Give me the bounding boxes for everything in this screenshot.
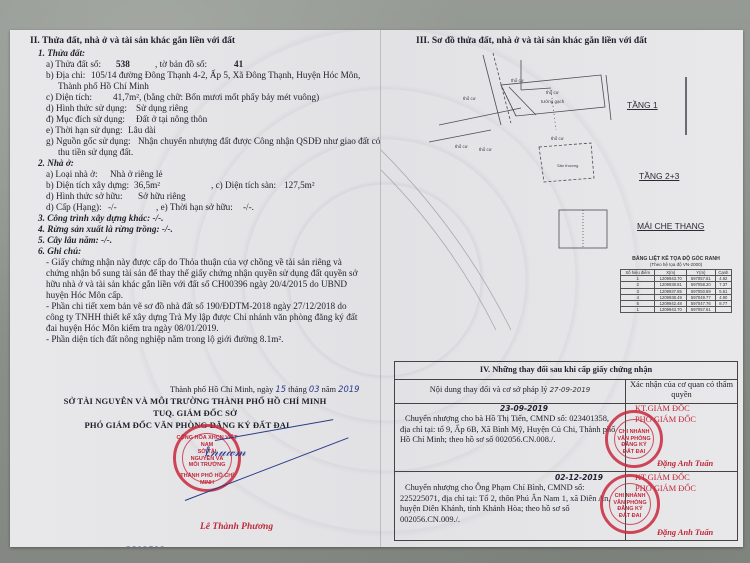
- signer-name: Lê Thành Phương: [200, 522, 273, 534]
- usage-form-label: d) Hình thức sử dụng:: [46, 103, 127, 115]
- floor-label-roof: MÁI CHE THANG: [637, 221, 704, 231]
- own-term: -/-.: [243, 202, 254, 214]
- floor-label-2: TẦNG 2+3: [639, 171, 679, 181]
- build-area-label: b) Diện tích xây dựng:: [46, 180, 129, 192]
- authority-line2: TUQ. GIÁM ĐỐC SỞ: [10, 408, 380, 420]
- note-line: - Phần chi tiết xem bản vẽ sơ đồ nhà đất…: [46, 301, 347, 313]
- own-term-label: , e) Thời hạn sở hữu:: [156, 202, 233, 214]
- sign-month: 03: [309, 384, 320, 394]
- section-ii-title: II. Thửa đất, nhà ở và tài sản khác gắn …: [30, 36, 235, 48]
- sign-place-date: Thành phố Hồ Chí Minh, ngày 15 tháng 03 …: [170, 384, 359, 396]
- grade: -/-: [108, 202, 117, 214]
- usage-form: Sử dụng riêng: [136, 103, 188, 115]
- address-label: b) Địa chỉ:: [46, 70, 85, 82]
- map-number: 41: [234, 59, 243, 71]
- coord-cell: [715, 307, 731, 313]
- forest: 4. Rừng sản xuất là rừng trồng: -/-.: [38, 224, 173, 236]
- sign-day: 15: [275, 384, 286, 394]
- area-label: c) Diện tích:: [46, 92, 92, 104]
- purpose-label: đ) Mục đích sử dụng:: [46, 114, 125, 126]
- area-value: 41,7m², (bằng chữ: Bốn mươi mốt phẩy bảy…: [113, 92, 319, 104]
- floor-area: 127,5m²: [284, 180, 315, 192]
- branch-stamp-2-text: CHI NHÁNH VĂN PHÒNG ĐĂNG KÝ ĐẤT ĐAI: [603, 493, 657, 519]
- svg-text:thổ cư: thổ cư: [463, 95, 476, 101]
- branch-stamp-1-text: CHI NHÁNH VĂN PHÒNG ĐĂNG KÝ ĐẤT ĐAI: [608, 429, 660, 455]
- changes-header-row: Nội dung thay đổi và cơ sở pháp lý 27-09…: [395, 379, 737, 404]
- svg-text:thổ cư: thổ cư: [479, 146, 492, 152]
- floor-label-1: TẦNG 1: [627, 100, 658, 110]
- coord-cell: 597057.61: [687, 276, 716, 282]
- coord-cell: 1209942.48: [655, 301, 687, 307]
- branch-stamp-1: CHI NHÁNH VĂN PHÒNG ĐĂNG KÝ ĐẤT ĐAI: [605, 410, 663, 468]
- registry-number: CS02523: [124, 546, 165, 547]
- note-line: - Phần diện tích đất nông nghiệp nằm tro…: [46, 334, 283, 346]
- entry-signer: Đặng Anh Tuấn: [657, 459, 713, 469]
- changes-title-row: IV. Những thay đổi sau khi cấp giấy chứn…: [395, 362, 737, 380]
- place-date-prefix: Thành phố Hồ Chí Minh, ngày: [170, 385, 273, 394]
- entry-text-line: huyện Diên Khánh, tỉnh Khánh Hòa; theo h…: [400, 504, 570, 514]
- floor-area-label: , c) Diện tích sàn:: [211, 180, 276, 192]
- left-page: II. Thửa đất, nhà ở và tài sản khác gắn …: [10, 30, 380, 547]
- col-confirm-header: Xác nhận của cơ quan có thẩm quyền: [626, 380, 737, 401]
- coord-cell: 597049.77: [687, 294, 716, 300]
- svg-text:thổ cư: thổ cư: [455, 143, 468, 149]
- signature-scribble: ℓ𝓃𝓊𝓌𝓂: [205, 447, 246, 459]
- land-heading: 1. Thửa đất:: [38, 48, 85, 60]
- entry-date-stamp: 23-09-2019: [500, 404, 548, 414]
- note-line: huyện Hóc Môn cấp.: [46, 290, 123, 302]
- notes-heading: 6. Ghi chú:: [38, 246, 81, 258]
- house-type-label: a) Loại nhà ở:: [46, 169, 98, 181]
- coord-cell: 1209943.70: [655, 307, 687, 313]
- other-works: 3. Công trình xây dựng khác: -/-.: [38, 213, 163, 225]
- origin-line2: thu tiền sử dụng đất.: [58, 147, 133, 159]
- entry-text-line: Hồ Chí Minh; theo hồ sơ số 002056.CN.008…: [400, 435, 555, 445]
- ownership: Sở hữu riêng: [138, 191, 186, 203]
- changes-table: IV. Những thay đổi sau khi cấp giấy chứn…: [394, 361, 738, 541]
- coord-cell: 1209938.81: [655, 282, 687, 288]
- coord-cell: 1209943.70: [655, 276, 687, 282]
- year-label: năm: [322, 385, 336, 394]
- entry-text-line: địa chỉ tại: tổ 9, Ấp 6B, Xã Bình Mỹ, Hu…: [400, 425, 615, 435]
- entry-divider: [395, 471, 737, 472]
- coord-cell: 1209938.49: [655, 294, 687, 300]
- entry-text-line: Chuyển nhượng cho Ông Phạm Chí Bình, CMN…: [405, 483, 585, 493]
- origin-line1: Nhận chuyển nhượng đất được Công nhận QS…: [138, 136, 380, 148]
- coord-cell: 597050.89: [687, 288, 716, 294]
- address-line2: Thành phố Hồ Chí Minh: [58, 81, 149, 93]
- col-content-header: Nội dung thay đổi và cơ sở pháp lý 27-09…: [395, 385, 625, 395]
- svg-text:Sân thượng: Sân thượng: [557, 163, 578, 168]
- header-date-stamp: 27-09-2019: [550, 386, 591, 394]
- right-page: III. Sơ đồ thửa đất, nhà ở và tài sản kh…: [381, 30, 743, 547]
- svg-text:thổ cư: thổ cư: [551, 135, 564, 141]
- note-line: đai huyện Hóc Môn kiểm tra ngày 08/01/20…: [46, 323, 219, 335]
- authority-line1: SỞ TÀI NGUYÊN VÀ MÔI TRƯỜNG THÀNH PHỐ HỒ…: [10, 396, 380, 408]
- entry-date-stamp: 02-12-2019: [555, 473, 603, 483]
- term-label: e) Thời hạn sử dụng:: [46, 125, 123, 137]
- entry-text-line: 225225071, địa chỉ tại: Tổ 2, thôn Phú Â…: [400, 494, 610, 504]
- entry-text-line: 002056.CN.009./.: [400, 515, 460, 525]
- map-label: , tờ bản đồ số:: [155, 59, 207, 71]
- note-line: hữu nhà ở và tài sản khác gắn liền với đ…: [46, 279, 347, 291]
- coord-cell: 1209937.85: [655, 288, 687, 294]
- coord-grid: Số hiệu điểmX(m)Y(m)Cạnh 11209943.705970…: [620, 269, 732, 313]
- note-line: - Giấy chứng nhận này được cấp do Thỏa t…: [46, 257, 342, 269]
- svg-text:thổ cư: thổ cư: [511, 77, 524, 83]
- coord-cell: 1: [621, 307, 655, 313]
- coord-cell: 597057.61: [687, 307, 716, 313]
- entry-text-line: Chuyển nhượng cho bà Hồ Thị Tiến, CMND s…: [405, 414, 609, 424]
- month-label: tháng: [288, 385, 307, 394]
- coord-header-cell: Số hiệu điểm: [621, 270, 655, 276]
- origin-label: g) Nguồn gốc sử dụng:: [46, 136, 131, 148]
- note-line: chứng nhận bổ sung tài sản để thay thế g…: [46, 268, 357, 280]
- term: Lâu dài: [128, 125, 156, 137]
- svg-text:tường gạch: tường gạch: [541, 99, 565, 104]
- land-certificate-sheet: II. Thửa đất, nhà ở và tài sản khác gắn …: [10, 30, 743, 547]
- perennial: 5. Cây lâu năm: -/-.: [38, 235, 112, 247]
- coord-subtitle: (Theo hệ tọa độ VN-2000): [620, 262, 732, 267]
- house-heading: 2. Nhà ở:: [38, 158, 74, 170]
- address-line1: 105/14 đường Đông Thạnh 4-2, Ấp 5, Xã Đô…: [91, 70, 360, 82]
- coordinate-table: BẢNG LIỆT KÊ TỌA ĐỘ GÓC RANH (Theo hệ tọ…: [620, 256, 732, 313]
- entry-signer: Đặng Anh Tuấn: [657, 528, 713, 538]
- ownership-label: d) Hình thức sở hữu:: [46, 191, 123, 203]
- grade-label: d) Cấp (Hạng):: [46, 202, 102, 214]
- coord-cell: 597047.76: [687, 301, 716, 307]
- sign-year: 2019: [338, 384, 359, 394]
- parcel-number: 538: [116, 59, 130, 71]
- house-type: Nhà ở riêng lẻ: [110, 169, 163, 181]
- purpose: Đất ở tại nông thôn: [136, 114, 207, 126]
- branch-stamp-2: CHI NHÁNH VĂN PHÒNG ĐĂNG KÝ ĐẤT ĐAI: [600, 474, 660, 534]
- build-area: 36,5m²: [134, 180, 160, 192]
- svg-text:thổ cư: thổ cư: [546, 89, 559, 95]
- changes-title: IV. Những thay đổi sau khi cấp giấy chứn…: [395, 365, 737, 375]
- coord-row: 11209943.70597057.61: [621, 307, 732, 313]
- parcel-label: a) Thửa đất số:: [46, 59, 101, 71]
- col-content-label: Nội dung thay đổi và cơ sở pháp lý: [430, 385, 548, 394]
- note-line: công ty TNHH thiết kế xây dựng Trà My lậ…: [46, 312, 357, 324]
